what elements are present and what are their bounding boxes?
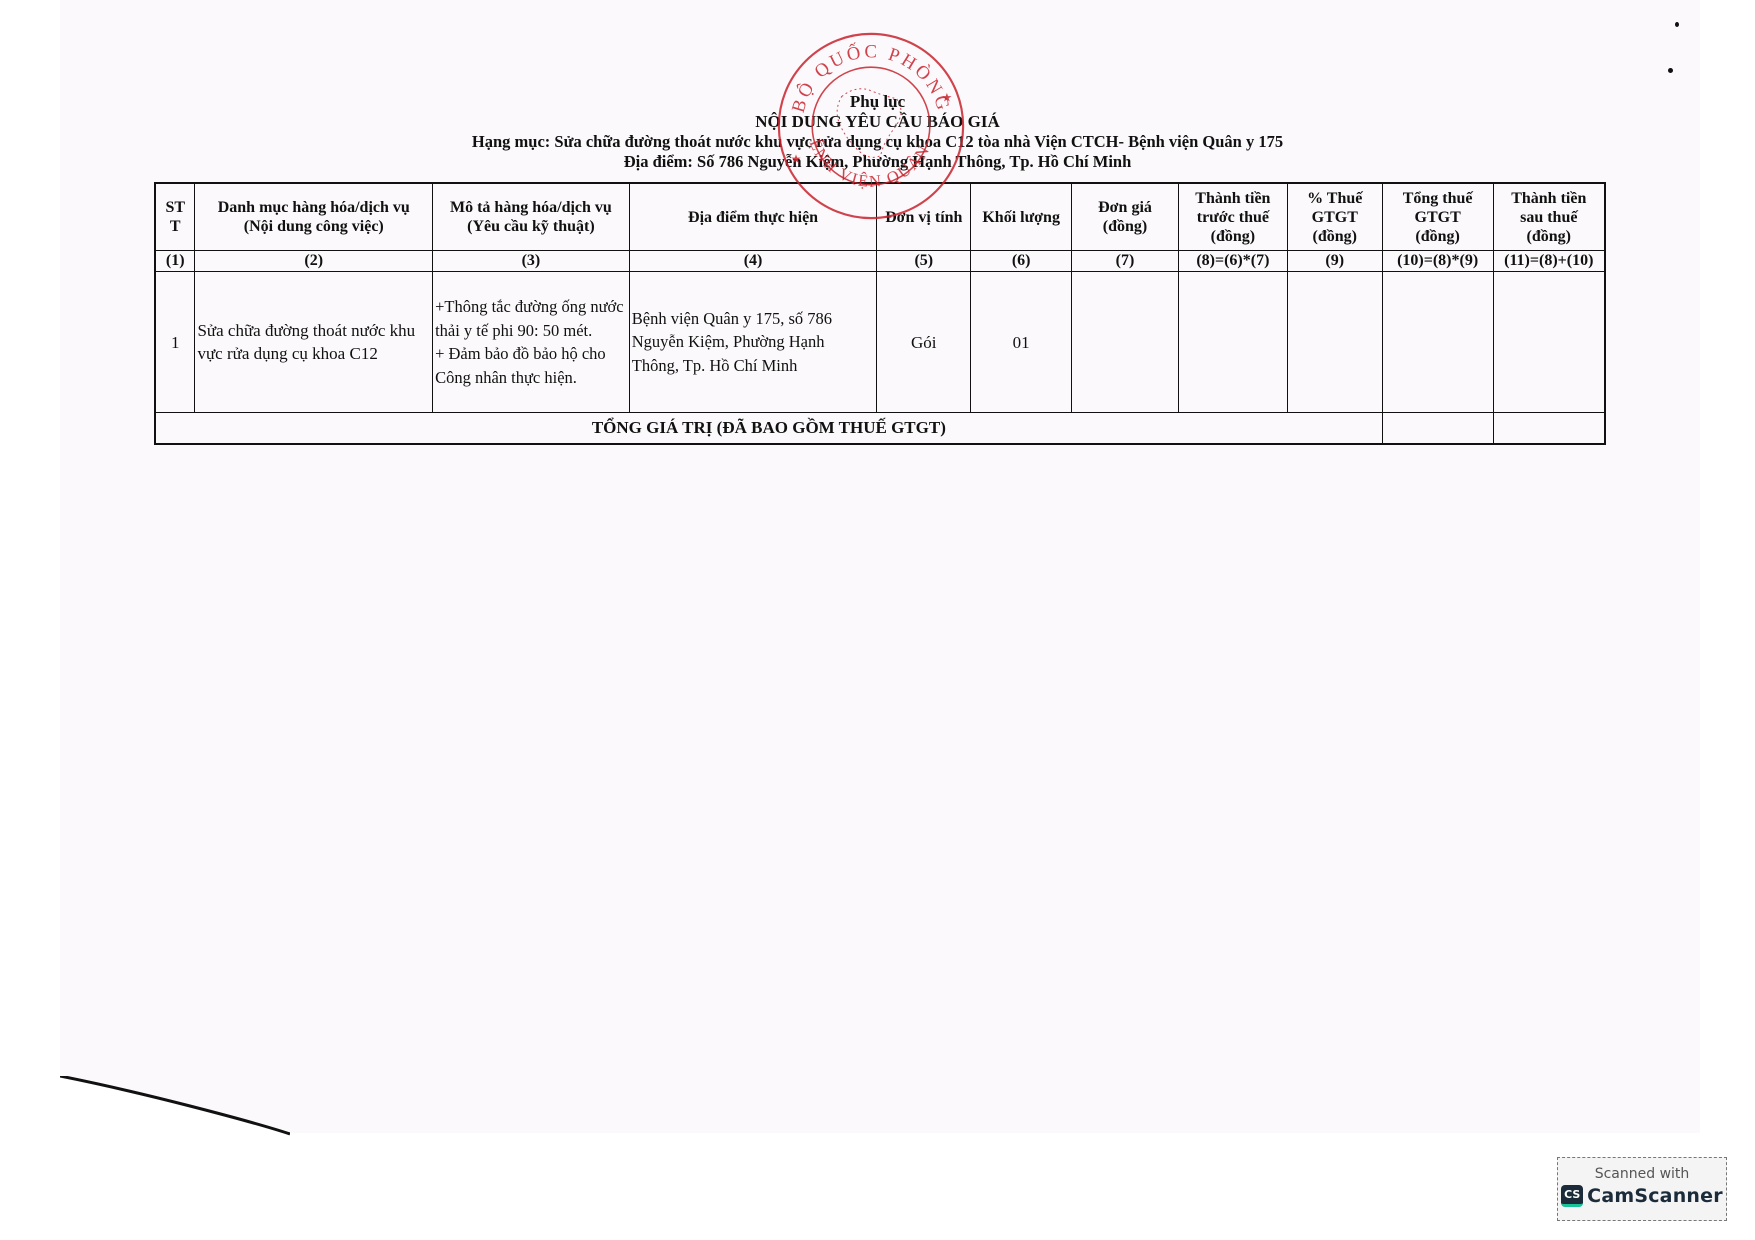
column-header-line: Mô tả hàng hóa/dịch vụ bbox=[435, 198, 627, 217]
document-title: NỘI DUNG YÊU CẦU BÁO GIÁ bbox=[0, 112, 1755, 132]
cell-item: Sửa chữa đường thoát nước khu vực rửa dụ… bbox=[195, 272, 433, 413]
cell-description: +Thông tắc đường ống nước thải y tế phi … bbox=[433, 272, 630, 413]
column-header-line: Thành tiền bbox=[1181, 189, 1285, 208]
description-line: +Thông tắc đường ống nước thải y tế phi … bbox=[435, 295, 627, 342]
column-header-line: Thành tiền bbox=[1496, 189, 1602, 208]
cell-vat-percent[interactable] bbox=[1287, 272, 1382, 413]
column-index: (8)=(6)*(7) bbox=[1178, 251, 1287, 272]
total-label: TỔNG GIÁ TRỊ (ĐÃ BAO GỒM THUẾ GTGT) bbox=[155, 413, 1382, 445]
header-row: STTDanh mục hàng hóa/dịch vụ(Nội dung cô… bbox=[155, 183, 1605, 251]
column-index: (3) bbox=[433, 251, 630, 272]
cell-amount-after-tax[interactable] bbox=[1493, 272, 1605, 413]
scanned-with-text: Scanned with bbox=[1558, 1166, 1726, 1182]
column-index: (1) bbox=[155, 251, 195, 272]
column-header-line: GTGT bbox=[1290, 208, 1380, 227]
camscanner-logo-icon: CS bbox=[1561, 1185, 1583, 1207]
cell-unit: Gói bbox=[877, 272, 971, 413]
column-header-line: trước thuế bbox=[1181, 208, 1285, 227]
column-index: (7) bbox=[1072, 251, 1179, 272]
column-header-line: Đơn vị tính bbox=[879, 208, 968, 227]
description-line: + Đảm bảo đồ bảo hộ cho Công nhân thực h… bbox=[435, 342, 627, 389]
cell-unit-price[interactable] bbox=[1072, 272, 1179, 413]
table-row: 1 Sửa chữa đường thoát nước khu vực rửa … bbox=[155, 272, 1605, 413]
total-after-tax[interactable] bbox=[1493, 413, 1605, 445]
column-header: Danh mục hàng hóa/dịch vụ(Nội dung công … bbox=[195, 183, 433, 251]
column-header: Thành tiềnsau thuế(đồng) bbox=[1493, 183, 1605, 251]
column-header: Mô tả hàng hóa/dịch vụ(Yêu cầu kỹ thuật) bbox=[433, 183, 630, 251]
column-header: STT bbox=[155, 183, 195, 251]
cell-stt: 1 bbox=[155, 272, 195, 413]
column-header-line: Khối lượng bbox=[973, 208, 1069, 227]
column-header-line: (đồng) bbox=[1290, 227, 1380, 246]
column-header: Khối lượng bbox=[971, 183, 1072, 251]
column-header: Đơn giá(đồng) bbox=[1072, 183, 1179, 251]
column-header-line: Tổng thuế bbox=[1385, 189, 1491, 208]
column-header-line: Danh mục hàng hóa/dịch vụ bbox=[197, 198, 430, 217]
camscanner-watermark: Scanned with CS CamScanner bbox=[1557, 1157, 1727, 1221]
column-header-line: ST bbox=[158, 198, 192, 217]
quotation-table: STTDanh mục hàng hóa/dịch vụ(Nội dung cô… bbox=[154, 182, 1606, 445]
column-header-line: (đồng) bbox=[1181, 227, 1285, 246]
page-fold-edge bbox=[60, 1076, 290, 1136]
column-index: (5) bbox=[877, 251, 971, 272]
column-header: % ThuếGTGT(đồng) bbox=[1287, 183, 1382, 251]
column-header: Địa điểm thực hiện bbox=[629, 183, 877, 251]
column-index: (10)=(8)*(9) bbox=[1382, 251, 1493, 272]
column-header-line: (đồng) bbox=[1074, 217, 1176, 236]
column-index: (11)=(8)+(10) bbox=[1493, 251, 1605, 272]
column-header-line: (Nội dung công việc) bbox=[197, 217, 430, 236]
column-header: Thành tiềntrước thuế(đồng) bbox=[1178, 183, 1287, 251]
column-header-line: sau thuế bbox=[1496, 208, 1602, 227]
column-index: (2) bbox=[195, 251, 433, 272]
column-header-line: (đồng) bbox=[1385, 227, 1491, 246]
column-header-line: (Yêu cầu kỹ thuật) bbox=[435, 217, 627, 236]
total-vat[interactable] bbox=[1382, 413, 1493, 445]
cell-quantity: 01 bbox=[971, 272, 1072, 413]
document-header: Phụ lục NỘI DUNG YÊU CẦU BÁO GIÁ Hạng mụ… bbox=[0, 92, 1755, 172]
total-row: TỔNG GIÁ TRỊ (ĐÃ BAO GỒM THUẾ GTGT) bbox=[155, 413, 1605, 445]
column-header-line: T bbox=[158, 217, 192, 236]
column-header-line: GTGT bbox=[1385, 208, 1491, 227]
cell-place: Bệnh viện Quân y 175, số 786 Nguyễn Kiệm… bbox=[629, 272, 877, 413]
column-header-line: (đồng) bbox=[1496, 227, 1602, 246]
column-index: (6) bbox=[971, 251, 1072, 272]
cell-amount-before-tax[interactable] bbox=[1178, 272, 1287, 413]
column-index: (4) bbox=[629, 251, 877, 272]
scan-speck bbox=[1668, 68, 1673, 73]
cell-vat-total[interactable] bbox=[1382, 272, 1493, 413]
column-header: Tổng thuếGTGT(đồng) bbox=[1382, 183, 1493, 251]
column-index: (9) bbox=[1287, 251, 1382, 272]
column-index-row: (1)(2)(3)(4)(5)(6)(7)(8)=(6)*(7)(9)(10)=… bbox=[155, 251, 1605, 272]
column-header-line: Địa điểm thực hiện bbox=[632, 208, 875, 227]
scan-speck bbox=[1675, 22, 1679, 27]
column-header-line: % Thuế bbox=[1290, 189, 1380, 208]
appendix-label: Phụ lục bbox=[0, 92, 1755, 112]
column-header: Đơn vị tính bbox=[877, 183, 971, 251]
location-line: Địa điểm: Số 786 Nguyễn Kiệm, Phường Hạn… bbox=[0, 152, 1755, 172]
column-header-line: Đơn giá bbox=[1074, 198, 1176, 217]
camscanner-brand: CamScanner bbox=[1587, 1185, 1723, 1207]
category-line: Hạng mục: Sửa chữa đường thoát nước khu … bbox=[0, 132, 1755, 152]
